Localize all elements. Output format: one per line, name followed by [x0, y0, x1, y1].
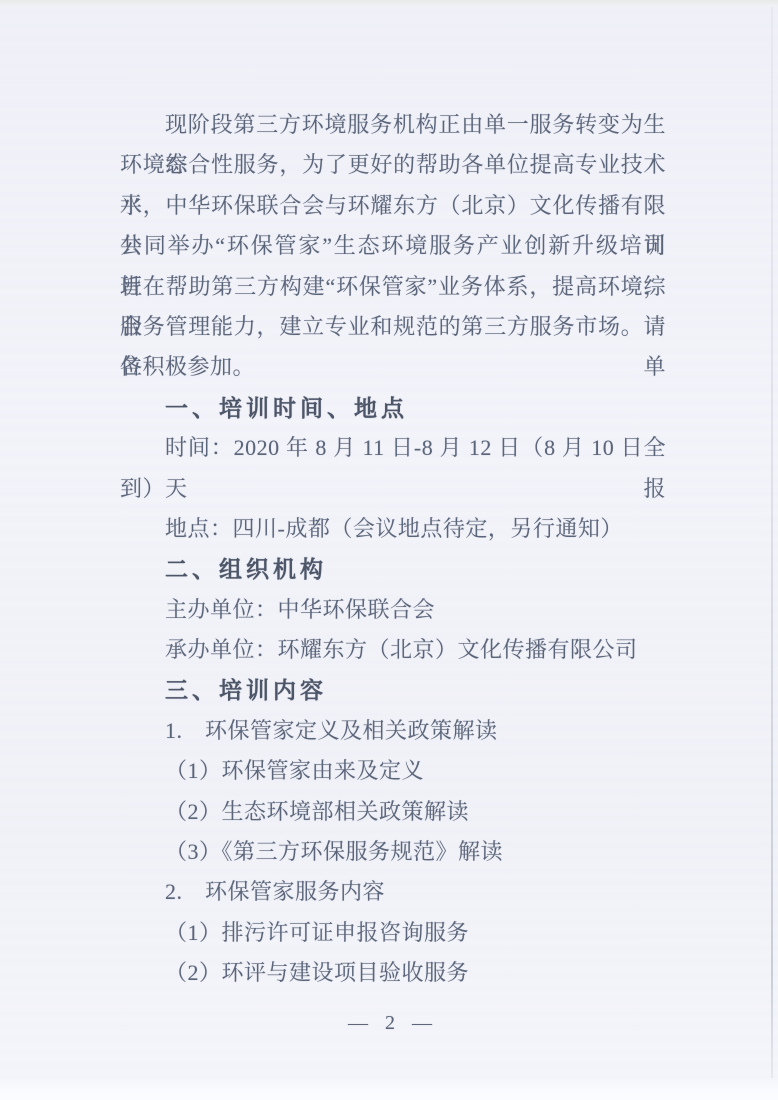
text-line: （2）生态环境部相关政策解读	[120, 792, 666, 832]
document-lines: 现阶段第三方环境服务机构正由单一服务转变为生态环境综合性服务，为了更好的帮助各单…	[120, 105, 666, 994]
text-line: 2. 环保管家服务内容	[120, 872, 666, 912]
text-line: 旨在帮助第三方构建“环保管家”业务体系，提高环境综合	[120, 267, 666, 307]
text-line: 共同举办“环保管家”生态环境服务产业创新升级培训班，	[120, 226, 666, 266]
text-line: 时间：2020 年 8 月 11 日-8 月 12 日（8 月 10 日全天报	[120, 428, 666, 468]
text-line: 1. 环保管家定义及相关政策解读	[120, 711, 666, 751]
text-line: 服务管理能力，建立专业和规范的第三方服务市场。请各单	[120, 307, 666, 347]
page-number: — 2 —	[120, 1012, 666, 1035]
page-right-edge-line	[771, 7, 773, 1078]
text-line: 现阶段第三方环境服务机构正由单一服务转变为生态	[120, 105, 666, 145]
scan-top-edge	[0, 0, 778, 7]
section-heading: 三、培训内容	[120, 670, 666, 710]
scan-bottom-edge	[0, 1078, 778, 1100]
text-line: 承办单位：环耀东方（北京）文化传播有限公司	[120, 630, 666, 670]
text-line: （1）排污许可证申报咨询服务	[120, 913, 666, 953]
text-line: （1）环保管家由来及定义	[120, 751, 666, 791]
text-line: 环境综合性服务，为了更好的帮助各单位提高专业技术水	[120, 145, 666, 185]
text-line: 主办单位：中华环保联合会	[120, 590, 666, 630]
text-line: 平，中华环保联合会与环耀东方（北京）文化传播有限公司	[120, 186, 666, 226]
text-line: 地点：四川-成都（会议地点待定，另行通知）	[120, 509, 666, 549]
text-line: （3）《第三方环保服务规范》解读	[120, 832, 666, 872]
text-line: （2）环评与建设项目验收服务	[120, 953, 666, 993]
section-heading: 二、组织机构	[120, 549, 666, 589]
scanned-document-page: 现阶段第三方环境服务机构正由单一服务转变为生态环境综合性服务，为了更好的帮助各单…	[0, 0, 778, 1100]
section-heading: 一、培训时间、地点	[120, 388, 666, 428]
